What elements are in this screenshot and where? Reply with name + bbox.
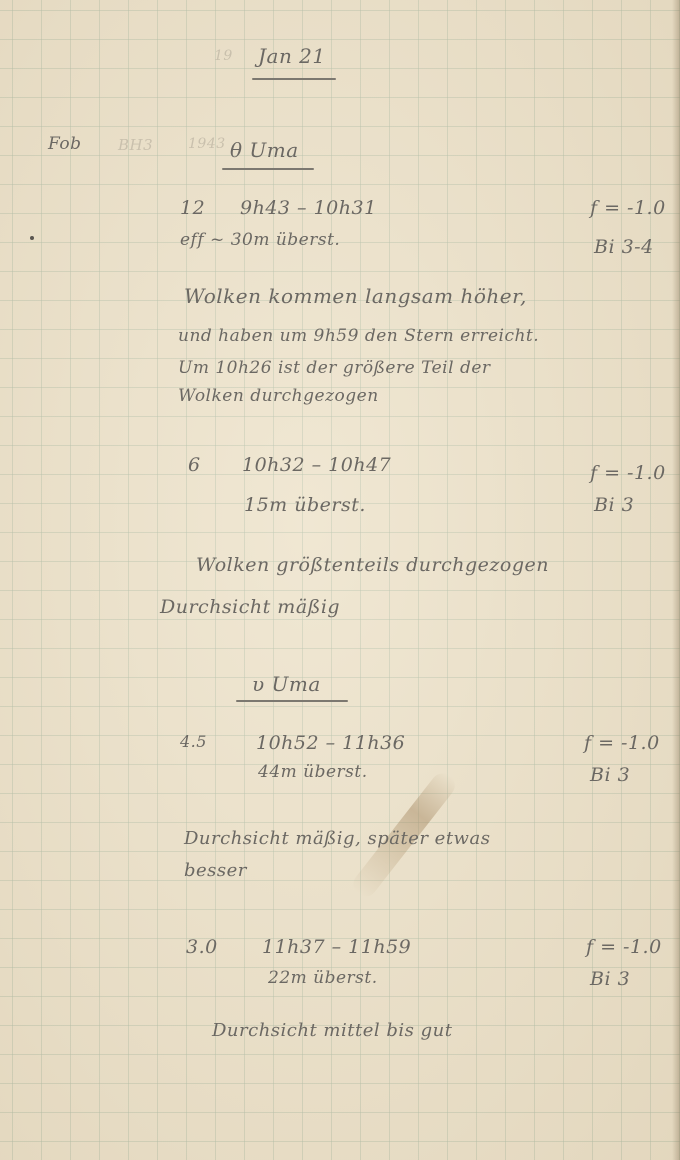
- obs-param-2: Bi 3: [590, 764, 630, 786]
- star-heading-theta-uma: θ Uma: [230, 138, 299, 162]
- page-edge: [672, 0, 680, 1160]
- faint-margin-text: BH3: [118, 136, 153, 154]
- obs-value: 3.0: [186, 936, 218, 958]
- note-line: und haben um 9h59 den Stern erreicht.: [178, 326, 539, 346]
- note-line: Wolken durchgezogen: [178, 386, 379, 406]
- obs-param-1: f = -1.0: [590, 462, 666, 484]
- obs-time-range: 10h52 – 11h36: [256, 732, 405, 754]
- ink-dot: [30, 236, 34, 240]
- note-line: Wolken größtenteils durchgezogen: [196, 554, 549, 576]
- star-underline: [236, 700, 348, 702]
- obs-exposure: 44m überst.: [258, 762, 368, 782]
- obs-value: 12: [180, 197, 205, 219]
- faint-margin-text-2: 1943: [188, 136, 226, 152]
- note-line: Wolken kommen langsam höher,: [184, 284, 527, 308]
- star-underline: [222, 168, 314, 170]
- obs-value: 4.5: [180, 732, 207, 751]
- obs-param-1: f = -1.0: [590, 197, 666, 219]
- obs-exposure: eff ~ 30m überst.: [180, 230, 340, 250]
- faint-year-text: 19: [214, 48, 233, 64]
- obs-param-1: f = -1.0: [584, 732, 660, 754]
- obs-exposure: 15m überst.: [244, 494, 366, 516]
- obs-time-range: 9h43 – 10h31: [240, 197, 377, 219]
- obs-value: 6: [188, 454, 201, 476]
- date-underline: [252, 78, 336, 80]
- obs-param-2: Bi 3-4: [594, 236, 654, 258]
- date-heading: Jan 21: [258, 44, 326, 68]
- note-line: Durchsicht mäßig: [160, 596, 340, 618]
- obs-param-1: f = -1.0: [586, 936, 662, 958]
- obs-time-range: 11h37 – 11h59: [262, 936, 411, 958]
- obs-param-2: Bi 3: [594, 494, 634, 516]
- obs-param-2: Bi 3: [590, 968, 630, 990]
- note-line: Durchsicht mittel bis gut: [212, 1020, 452, 1041]
- note-line: Um 10h26 ist der größere Teil der: [178, 358, 491, 378]
- obs-time-range: 10h32 – 10h47: [242, 454, 391, 476]
- note-line: besser: [184, 860, 247, 881]
- note-line: Durchsicht mäßig, später etwas: [184, 828, 490, 849]
- margin-label: Fob: [48, 134, 81, 154]
- obs-exposure: 22m überst.: [268, 968, 378, 988]
- star-heading-upsilon-uma: υ Uma: [252, 672, 321, 696]
